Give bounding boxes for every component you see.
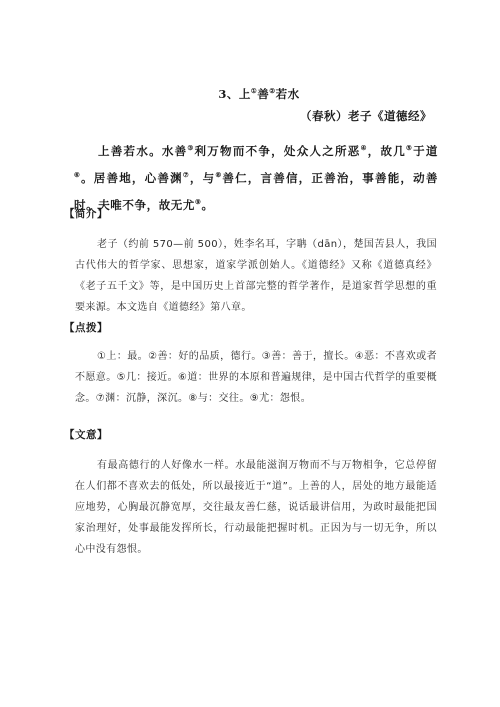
classical-text: 上善若水。水善③利万物而不争，处众人之所恶④，故几⑤于道⑥。居善地，心善渊⑦，与… bbox=[74, 138, 438, 219]
text-segment: 上善若水。水善 bbox=[98, 144, 187, 158]
source-attribution: （春秋）老子《道德经》 bbox=[300, 108, 432, 124]
footnote-marker: ③ bbox=[187, 144, 194, 152]
title-number: 3、 bbox=[218, 87, 239, 101]
poem-title: 3、上①善②若水 bbox=[0, 86, 500, 102]
title-part: 善 bbox=[257, 87, 269, 101]
section-body-notes: ①上：最。②善：好的品质，德行。③善：善于，擅长。④恶：不喜欢或者不愿意。⑤几：… bbox=[75, 346, 437, 409]
text-segment: ，故几 bbox=[368, 144, 406, 158]
section-heading-translation: 【文意】 bbox=[64, 427, 108, 442]
section-heading-intro: 【简介】 bbox=[64, 206, 108, 221]
text-segment: 。 bbox=[201, 198, 213, 212]
footnote-marker: ⑦ bbox=[183, 171, 190, 179]
text-segment: 。居善地，心善渊 bbox=[81, 171, 183, 185]
document-page: 3、上①善②若水 （春秋）老子《道德经》 上善若水。水善③利万物而不争，处众人之… bbox=[0, 0, 500, 707]
text-segment: 于道 bbox=[413, 144, 438, 158]
section-body-translation: 有最高德行的人好像水一样。水最能滋润万物而不与万物相争，它总停留在人们都不喜欢去… bbox=[75, 455, 437, 560]
section-body-intro: 老子（约前 570—前 500），姓李名耳，字聃（dān），楚国苦县人，我国古代… bbox=[75, 234, 437, 318]
text-segment: ，与 bbox=[190, 171, 215, 185]
title-part: 若水 bbox=[276, 87, 300, 101]
footnote-marker: ④ bbox=[361, 144, 368, 152]
title-part: 上 bbox=[239, 87, 251, 101]
text-segment: 利万物而不争，处众人之所恶 bbox=[195, 144, 361, 158]
section-heading-notes: 【点拨】 bbox=[64, 320, 108, 335]
footnote-marker: ⑥ bbox=[74, 171, 81, 179]
